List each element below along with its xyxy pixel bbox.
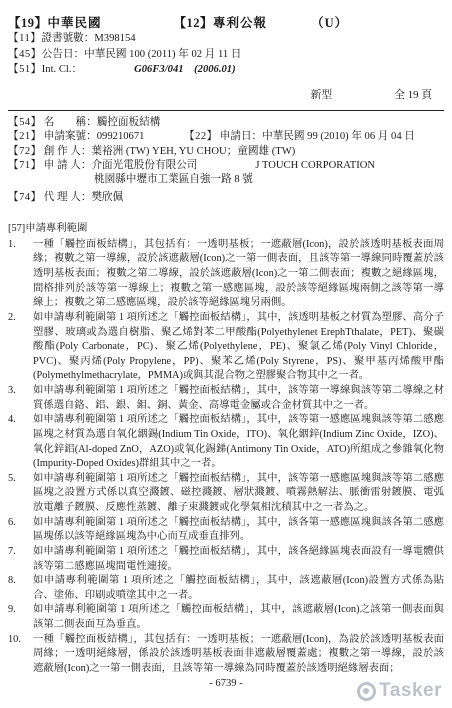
agent-label: 代 理 人： [44, 192, 92, 203]
applicant-name: 介面光電股份有限公司 [91, 160, 197, 171]
claim-text: 如申請專利範圍第 1 項所述之「觸控面板結構」，其中，該透明基板之材質為塑膠、高… [33, 311, 444, 384]
int-cl-value: G06F3/041 (2006.01) [134, 64, 236, 75]
claim-text: 如申請專利範圍第 1 項所述之「觸控面板結構」，其中，該等第一感應區塊與該等第二… [33, 413, 444, 472]
applicant-row: 【71】申 請 人：介面光電股份有限公司J TOUCH CORPORATION [8, 159, 444, 173]
claim-number: 3. [8, 384, 33, 413]
country-code: 【19】中華民國 [8, 13, 102, 31]
total-pages: 全 19 頁 [394, 87, 432, 102]
claim-text: 如申請專利範圍第 1 項所述之「觸控面板結構」，其中，該遮蔽層(Icon)設置方… [33, 574, 444, 603]
claim-text: 如申請專利範圍第 1 項所述之「觸控面板結構」，其中，該遮蔽層(Icon)之該第… [33, 603, 444, 632]
country-name: 中華民國 [48, 16, 102, 30]
invention-title: 觸控面板結構 [97, 117, 161, 128]
field-tag-21: 【21】 [8, 131, 42, 142]
publication-date: 中華民國 100 (2011) 年 02 月 11 日 [84, 49, 241, 60]
field-tag-71: 【71】 [8, 160, 42, 171]
field-tag-11: 【11】 [8, 33, 41, 44]
claim-text: 如申請專利範圍第 1 項所述之「觸控面板結構」，其中，該各第一感應區塊與該各第二… [33, 516, 444, 545]
field-tag-12: 【12】 [174, 16, 214, 30]
claim-number: 4. [8, 413, 33, 472]
gazette-title: 專利公報 [213, 16, 267, 30]
patent-type: 新型 [311, 87, 333, 102]
application-date: 中華民國 99 (2010) 年 06 月 04 日 [262, 131, 415, 142]
claim-number: 1. [8, 238, 33, 311]
claim-item: 6.如申請專利範圍第 1 項所述之「觸控面板結構」，其中，該各第一感應區塊與該各… [8, 516, 444, 545]
claim-number: 5. [8, 472, 33, 516]
application-row: 【21】申請案號：099210671 【22】申請日：中華民國 99 (2010… [8, 130, 444, 144]
applicant-label: 申 請 人： [44, 160, 92, 171]
inventor-names: 葉裕洲 (TW) YEH, YU CHOU；童國雄 (TW) [91, 146, 295, 157]
claim-number: 6. [8, 516, 33, 545]
claim-item: 7.如申請專利範圍第 1 項所述之「觸控面板結構」，其中，該各絕緣區塊表面設有一… [8, 545, 444, 574]
field-tag-22: 【22】 [184, 131, 218, 142]
certificate-number-row: 【11】證書號數：M398154 [8, 32, 444, 47]
claim-text: 一種「觸控面板結構」，其包括有：一透明基板；一遮蔽層(Icon)，設於該透明基板… [33, 238, 444, 311]
field-tag-51: 【51】 [8, 64, 42, 75]
applicant-address: 桃園縣中壢市工業區自強一路 8 號 [94, 174, 253, 185]
publication-name: 【12】專利公報 [174, 13, 268, 31]
int-cl-row: 【51】Int. Cl.：G06F3/041 (2006.01) [8, 63, 444, 78]
bibliographic-section: 【54】名 稱：觸控面板結構 【21】申請案號：099210671 【22】申請… [8, 116, 444, 205]
publication-date-row: 【45】公告日：中華民國 100 (2011) 年 02 月 11 日 [8, 48, 444, 63]
header-divider [8, 110, 444, 111]
claims-section: [57]申請專利範圍 1.一種「觸控面板結構」，其包括有：一透明基板；一遮蔽層(… [8, 222, 444, 676]
application-number: 099210671 [97, 131, 145, 142]
field-tag-45: 【45】 [8, 49, 42, 60]
publication-date-label: 公告日： [42, 49, 84, 60]
claim-item: 4.如申請專利範圍第 1 項所述之「觸控面板結構」，其中，該等第一感應區塊與該等… [8, 413, 444, 472]
agent-row: 【74】代 理 人：樊欣佩 [8, 191, 444, 205]
applicant-name-en: J TOUCH CORPORATION [255, 160, 375, 171]
field-tag-74: 【74】 [8, 192, 42, 203]
claim-item: 9.如申請專利範圍第 1 項所述之「觸控面板結構」，其中，該遮蔽層(Icon)之… [8, 603, 444, 632]
claim-number: 2. [8, 311, 33, 384]
claim-item: 10.一種「觸控面板結構」，其包括有：一透明基板；一遮蔽層(Icon)，為設於該… [8, 633, 444, 677]
claim-number: 8. [8, 574, 33, 603]
claim-number: 7. [8, 545, 33, 574]
certificate-label: 證書號數： [41, 33, 94, 44]
field-tag-19: 【19】 [8, 16, 48, 30]
claim-text: 如申請專利範圍第 1 項所述之「觸控面板結構」，其中，該各絕緣區塊表面設有一導電… [33, 545, 444, 574]
field-tag-72: 【72】 [8, 146, 42, 157]
application-date-label: 申請日： [220, 131, 262, 142]
claim-item: 2.如申請專利範圍第 1 項所述之「觸控面板結構」，其中，該透明基板之材質為塑膠… [8, 311, 444, 384]
claim-item: 3.如申請專利範圍第 1 項所述之「觸控面板結構」，其中，該等第一導線與該等第二… [8, 384, 444, 413]
inventor-label: 創 作 人： [44, 146, 92, 157]
application-number-label: 申請案號： [44, 131, 97, 142]
claim-text: 如申請專利範圍第 1 項所述之「觸控面板結構」，其中，該等第一導線與該等第二導線… [33, 384, 444, 413]
page-number: - 6739 - [8, 678, 444, 689]
claims-heading: [57]申請專利範圍 [8, 222, 444, 237]
field-tag-54: 【54】 [8, 117, 42, 128]
int-cl-label: Int. Cl.： [42, 64, 82, 75]
claim-item: 5.如申請專利範圍第 1 項所述之「觸控面板結構」，其中，該等第一感應區塊與該等… [8, 472, 444, 516]
title-row: 【54】名 稱：觸控面板結構 [8, 116, 444, 130]
applicant-address-row: 桃園縣中壢市工業區自強一路 8 號 [8, 173, 444, 187]
claim-number: 9. [8, 603, 33, 632]
claim-text: 如申請專利範圍第 1 項所述之「觸控面板結構」，其中，該等第一感應區塊與該等第二… [33, 472, 444, 516]
inventor-row: 【72】創 作 人：葉裕洲 (TW) YEH, YU CHOU；童國雄 (TW) [8, 145, 444, 159]
claims-list: 1.一種「觸控面板結構」，其包括有：一透明基板；一遮蔽層(Icon)，設於該透明… [8, 238, 444, 677]
certificate-number: M398154 [94, 33, 135, 44]
patent-gazette-page: 【19】中華民國 【12】專利公報 （U） 【11】證書號數：M398154 【… [0, 0, 452, 708]
patent-type-row: 新型 全 19 頁 [8, 87, 444, 102]
kind-code: （U） [311, 13, 348, 31]
header-title-row: 【19】中華民國 【12】專利公報 （U） [8, 13, 444, 31]
title-label: 名 稱： [44, 117, 97, 128]
agent-name: 樊欣佩 [91, 192, 123, 203]
claim-item: 8.如申請專利範圍第 1 項所述之「觸控面板結構」，其中，該遮蔽層(Icon)設… [8, 574, 444, 603]
claim-number: 10. [8, 633, 33, 677]
claim-text: 一種「觸控面板結構」，其包括有：一透明基板；一遮蔽層(Icon)，為設於該透明基… [33, 633, 444, 677]
claim-item: 1.一種「觸控面板結構」，其包括有：一透明基板；一遮蔽層(Icon)，設於該透明… [8, 238, 444, 311]
application-date-field: 【22】申請日：中華民國 99 (2010) 年 06 月 04 日 [184, 130, 415, 144]
